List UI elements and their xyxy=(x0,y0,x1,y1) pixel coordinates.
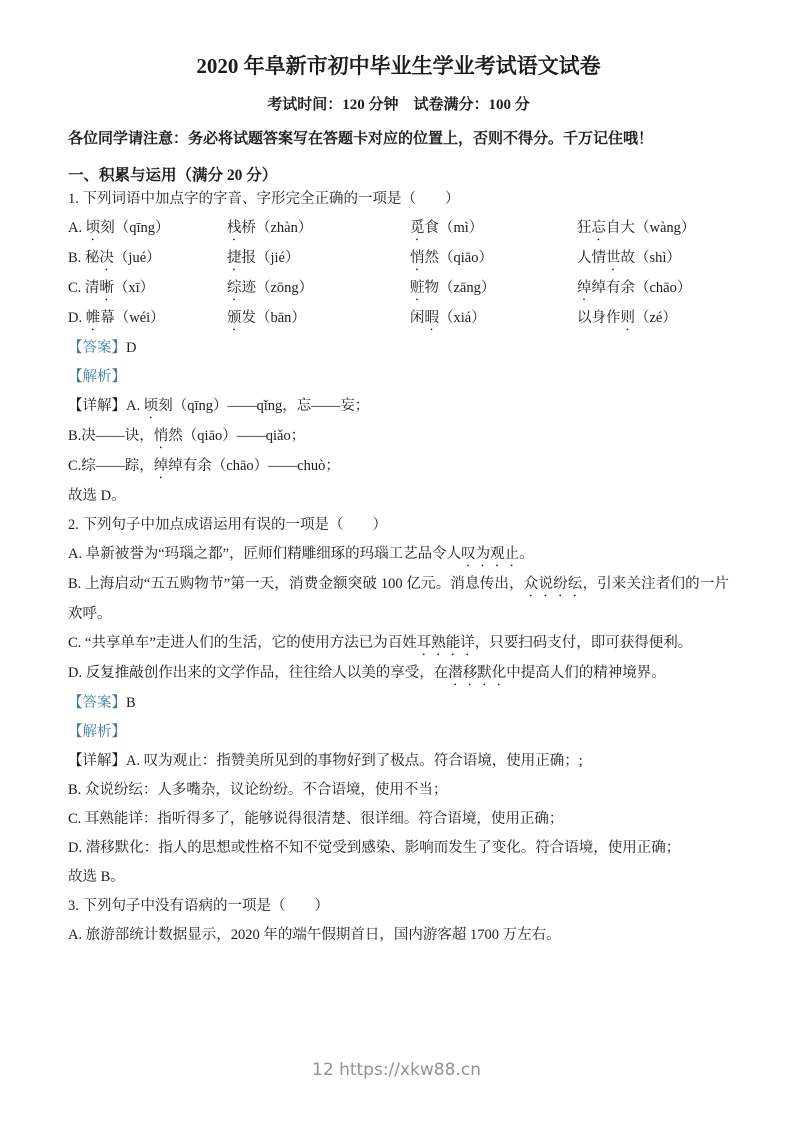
exam-notice: 各位同学请注意：务必将试题答案写在答题卡对应的位置上，否则不得分。千万记住哦！ xyxy=(68,129,729,150)
q1-option-b: B. 秘决（jué） 捷报（jié） 悄然（qiāo） 人情世故（shì） xyxy=(68,244,729,274)
exam-meta: 考试时间：120 分钟 试卷满分：100 分 xyxy=(68,93,729,114)
q2-detail-line-c: C. 耳熟能详：指听得多了，能够说得很清楚、很详细。符合语境，使用正确； xyxy=(68,805,729,834)
q2-option-a: A. 阜新被誉为“玛瑙之都”，匠师们精雕细琢的玛瑙工艺品令人叹为观止。 xyxy=(68,540,729,570)
q1-option-c: C. 清晰（xī） 综迹（zōng） 赃物（zāng） 绰绰有余（chāo） xyxy=(68,274,729,304)
q2-option-d: D. 反复推敲创作出来的文学作品，往往给人以美的享受，在潜移默化中提高人们的精神… xyxy=(68,659,729,689)
q2-analysis-label: 【解析】 xyxy=(68,724,126,740)
exam-page: 2020 年阜新市初中毕业生学业考试语文试卷 考试时间：120 分钟 试卷满分：… xyxy=(0,0,793,950)
q2-answer-label: 【答案】 xyxy=(68,695,126,711)
q1-c-word2: 综迹（zōng） xyxy=(227,274,410,304)
q1-a-word3: 觅食（mì） xyxy=(410,214,577,244)
footer-url: https://xkw88.cn xyxy=(339,1060,481,1080)
q3-stem: 3. 下列句子中没有语病的一项是（ ） xyxy=(68,892,729,921)
q1-b-word4: 人情世故（shì） xyxy=(577,244,729,274)
q1-option-a: A. 顷刻（qīng） 栈桥（zhàn） 觅食（mì） 狂忘自大（wàng） xyxy=(68,214,729,244)
page-footer: 12 https://xkw88.cn xyxy=(0,1060,793,1080)
page-title: 2020 年阜新市初中毕业生学业考试语文试卷 xyxy=(68,52,729,80)
section1-heading: 一、积累与运用（满分 20 分） xyxy=(68,163,729,185)
q1-c-word1: C. 清晰（xī） xyxy=(68,274,227,304)
q2-analysis-line: 【解析】 xyxy=(68,718,729,747)
q1-conclusion: 故选 D。 xyxy=(68,482,729,511)
q1-answer-label: 【答案】 xyxy=(68,340,126,356)
q1-b-word3: 悄然（qiāo） xyxy=(410,244,577,274)
q1-b-word1: B. 秘决（jué） xyxy=(68,244,227,274)
q1-stem: 1. 下列词语中加点字的字音、字形完全正确的一项是（ ） xyxy=(68,185,729,214)
q2-stem: 2. 下列句子中加点成语运用有误的一项是（ ） xyxy=(68,511,729,540)
q1-detail-line-b: B.决——诀，悄然（qiāo）——qiǎo； xyxy=(68,422,729,452)
q1-c-word3: 赃物（zāng） xyxy=(410,274,577,304)
q1-answer-line: 【答案】D xyxy=(68,334,729,363)
q1-a-word4: 狂忘自大（wàng） xyxy=(577,214,729,244)
q1-answer-value: D xyxy=(126,340,136,356)
q1-d-word2: 颁发（bān） xyxy=(227,304,410,334)
q1-d-word4: 以身作则（zé） xyxy=(577,304,729,334)
q3-option-a: A. 旅游部统计数据显示，2020 年的端午假期首日，国内游客超 1700 万左… xyxy=(68,921,729,950)
q1-option-d: D. 帷幕（wéi） 颁发（bān） 闲暇（xiá） 以身作则（zé） xyxy=(68,304,729,334)
q2-answer-line: 【答案】B xyxy=(68,689,729,718)
q1-a-word1: A. 顷刻（qīng） xyxy=(68,214,227,244)
q1-analysis-label: 【解析】 xyxy=(68,369,126,385)
q1-c-word4: 绰绰有余（chāo） xyxy=(577,274,729,304)
q2-detail-line-d: D. 潜移默化：指人的思想或性格不知不觉受到感染、影响而发生了变化。符合语境，使… xyxy=(68,834,729,863)
q2-detail-line-a: 【详解】A. 叹为观止：指赞美所见到的事物好到了极点。符合语境，使用正确；; xyxy=(68,747,729,776)
footer-page-number: 12 xyxy=(312,1060,334,1080)
q2-option-b: B. 上海启动“五五购物节”第一天，消费金额突破 100 亿元。消息传出，众说纷… xyxy=(68,570,729,629)
q1-b-word2: 捷报（jié） xyxy=(227,244,410,274)
q2-answer-value: B xyxy=(126,695,136,711)
q1-a-word2: 栈桥（zhàn） xyxy=(227,214,410,244)
q1-d-word3: 闲暇（xiá） xyxy=(410,304,577,334)
q1-detail-line-a: 【详解】A. 顷刻（qīng）——qǐng，忘——妄； xyxy=(68,392,729,422)
q2-conclusion: 故选 B。 xyxy=(68,863,729,892)
q2-detail-line-b: B. 众说纷纭：人多嘴杂，议论纷纷。不合语境，使用不当； xyxy=(68,776,729,805)
q2-option-c: C. “共享单车”走进人们的生活，它的使用方法已为百姓耳熟能详，只要扫码支付，即… xyxy=(68,629,729,659)
q1-detail-line-c: C.综——踪，绰绰有余（chāo）——chuò； xyxy=(68,452,729,482)
q1-analysis-line: 【解析】 xyxy=(68,363,729,392)
q1-d-word1: D. 帷幕（wéi） xyxy=(68,304,227,334)
